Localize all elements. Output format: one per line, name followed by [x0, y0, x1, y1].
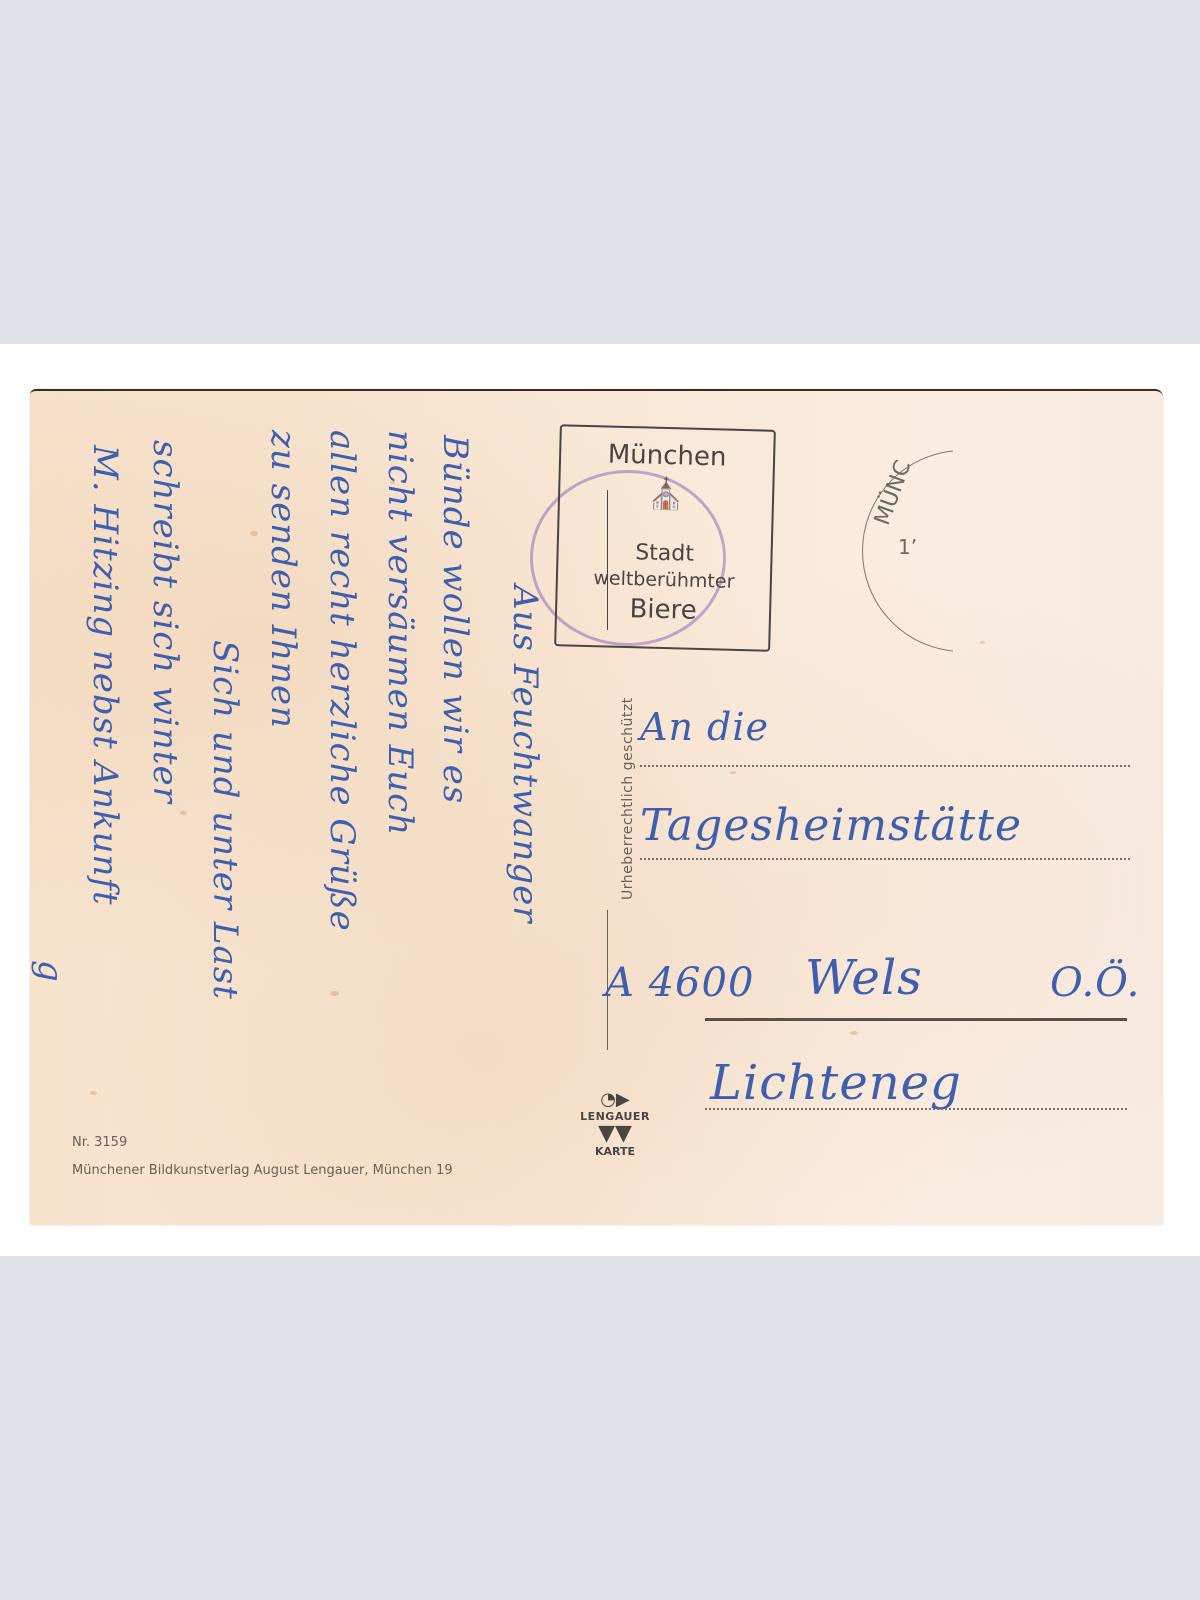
stamp-line4: Biere	[557, 592, 770, 628]
address-dotline-3	[705, 1108, 1127, 1110]
address-city: Wels	[805, 950, 923, 1006]
message-line: zu senden Ihnen	[263, 430, 303, 729]
logo-sub: KARTE	[570, 1145, 660, 1158]
publisher-number: Nr. 3159	[72, 1135, 127, 1150]
logo-cone-icon: ◔▶	[570, 1090, 660, 1110]
stamp-box: München ⛪ Stadt weltberühmter Biere	[554, 424, 776, 652]
lengauer-logo: ◔▶ LENGAUER ▼▼ KARTE	[570, 1090, 660, 1170]
message-line: Bünde wollen wir es	[435, 435, 475, 804]
message-line: M. Hitzing nebst Ankunft	[85, 445, 125, 906]
address-region: O.Ö.	[1050, 960, 1140, 1006]
stamp-city: München	[561, 438, 774, 474]
address-line2: Tagesheimstätte	[640, 800, 1022, 851]
stamp-divider	[607, 490, 608, 630]
address-dotline-1	[640, 765, 1130, 767]
publisher-name: Münchener Bildkunstverlag August Lengaue…	[72, 1163, 453, 1178]
logo-figure-icon: ▼▼	[570, 1123, 660, 1145]
address-postal-code: A 4600	[605, 960, 754, 1006]
message-line: Sich und unter Last	[205, 640, 245, 1000]
address-line1: An die	[640, 705, 769, 749]
stamp-line2: Stadt	[558, 538, 771, 569]
stamp-line3: weltberühmter	[558, 566, 771, 594]
message-line: nicht versäumen Euch	[380, 430, 420, 836]
postmark-digits: 1’	[898, 535, 917, 559]
copyright-notice: Urheberrechtlich geschützt	[620, 697, 636, 900]
message-line: Aus Feuchtwanger	[505, 585, 545, 923]
address-dotline-2	[640, 858, 1130, 860]
message-line: allen recht herzliche Grüße	[322, 430, 362, 932]
address-street: Lichteneg	[710, 1055, 962, 1111]
message-line: g	[30, 960, 70, 983]
stamp-emblem-icon: ⛪	[560, 474, 773, 515]
address-solidline	[705, 1018, 1127, 1021]
message-line: schreibt sich winter	[145, 440, 185, 804]
